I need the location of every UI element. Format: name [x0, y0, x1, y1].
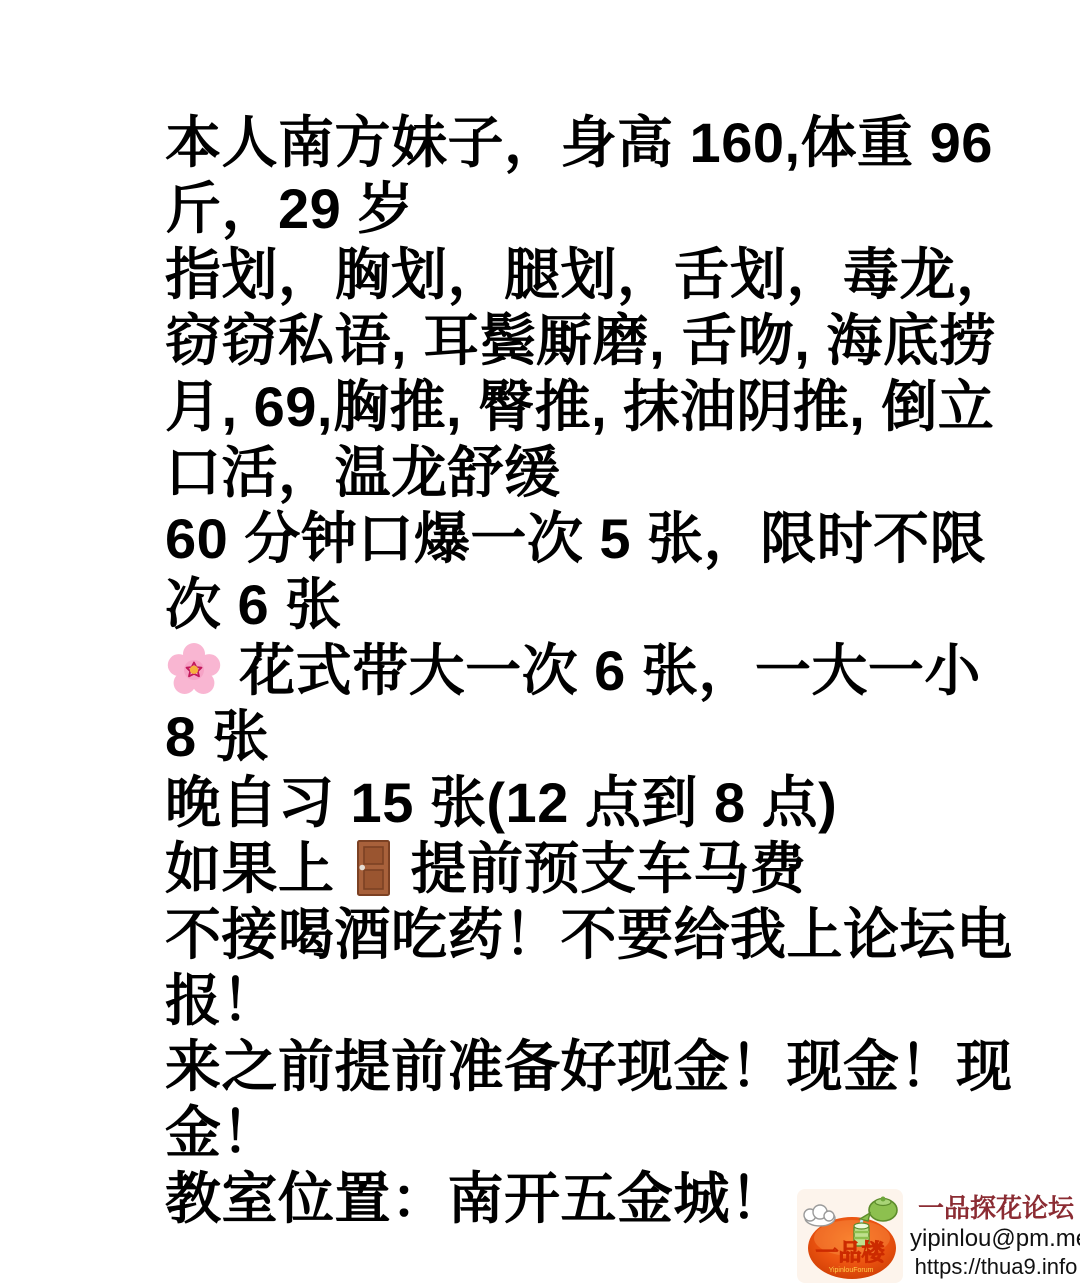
forum-title: 一品探花论坛: [910, 1192, 1080, 1224]
text-line: 8 张: [165, 704, 1013, 770]
text-run: 不接喝酒吃药！不要给我上论坛电: [165, 903, 1013, 966]
door-emoji: [351, 839, 395, 897]
post-text: 本人南方妹子，身高 160,体重 96斤，29 岁指划，胸划，腿划，舌划，毒龙，…: [165, 110, 1013, 1232]
text-line: 本人南方妹子，身高 160,体重 96: [165, 110, 1013, 176]
text-line: 口活，温龙舒缓: [165, 440, 1013, 506]
text-run: 次 6 张: [165, 573, 342, 636]
yipinlou-logo-icon: 一品楼 YipinlouForum: [796, 1188, 904, 1284]
text-line: 窃窃私语, 耳鬓厮磨, 舌吻, 海底捞: [165, 308, 1013, 374]
text-run: 教室位置：南开五金城！: [165, 1167, 787, 1230]
text-run: 口活，温龙舒缓: [165, 441, 561, 504]
text-run: 月, 69,胸推, 臀推, 抹油阴推, 倒立: [165, 375, 994, 438]
text-line: 60 分钟口爆一次 5 张，限时不限: [165, 506, 1013, 572]
text-line: 报！: [165, 968, 1013, 1034]
watermark-text-block: 一品探花论坛 yipinlou@pm.me https://thua9.info: [910, 1192, 1080, 1280]
text-line: 月, 69,胸推, 臀推, 抹油阴推, 倒立: [165, 374, 1013, 440]
text-line: 来之前提前准备好现金！现金！现: [165, 1034, 1013, 1100]
text-line: 晚自习 15 张(12 点到 8 点): [165, 770, 1013, 836]
forum-email: yipinlou@pm.me: [910, 1224, 1080, 1253]
text-run: 花式带大一次 6 张，一大一小: [239, 639, 981, 702]
text-line: 斤，29 岁: [165, 176, 1013, 242]
forum-watermark: 一品楼 YipinlouForum 一品探花论坛 yipinlou@pm.me …: [796, 1188, 1080, 1284]
text-line: 次 6 张: [165, 572, 1013, 638]
text-run: 报！: [165, 969, 278, 1032]
text-line: 指划，胸划，腿划，舌划，毒龙，: [165, 242, 1013, 308]
text-run: 8 张: [165, 705, 269, 768]
text-run: 60 分钟口爆一次 5 张，限时不限: [165, 507, 986, 570]
logo-subtitle-text: YipinlouForum: [829, 1267, 874, 1274]
text-run: 窃窃私语, 耳鬓厮磨, 舌吻, 海底捞: [165, 309, 996, 372]
text-line: 如果上 提前预支车马费: [165, 836, 1013, 902]
text-run: 本人南方妹子，身高 160,体重 96: [165, 111, 993, 174]
text-run: 金！: [165, 1101, 278, 1164]
text-run: 指划，胸划，腿划，舌划，毒龙，: [165, 243, 1013, 306]
text-run: 晚自习 15 张(12 点到 8 点): [165, 771, 837, 834]
text-line: 不接喝酒吃药！不要给我上论坛电: [165, 902, 1013, 968]
text-line: 金！: [165, 1100, 1013, 1166]
text-run: 如果上: [165, 837, 351, 900]
forum-url[interactable]: https://thua9.info: [910, 1253, 1080, 1280]
cherry-blossom-emoji: [165, 641, 223, 699]
text-run: 来之前提前准备好现金！现金！现: [165, 1035, 1013, 1098]
text-run: 提前预支车马费: [411, 837, 807, 900]
text-line: 花式带大一次 6 张，一大一小: [165, 638, 1013, 704]
logo-name-text: 一品楼: [816, 1239, 886, 1265]
text-run: 斤，29 岁: [165, 177, 414, 240]
